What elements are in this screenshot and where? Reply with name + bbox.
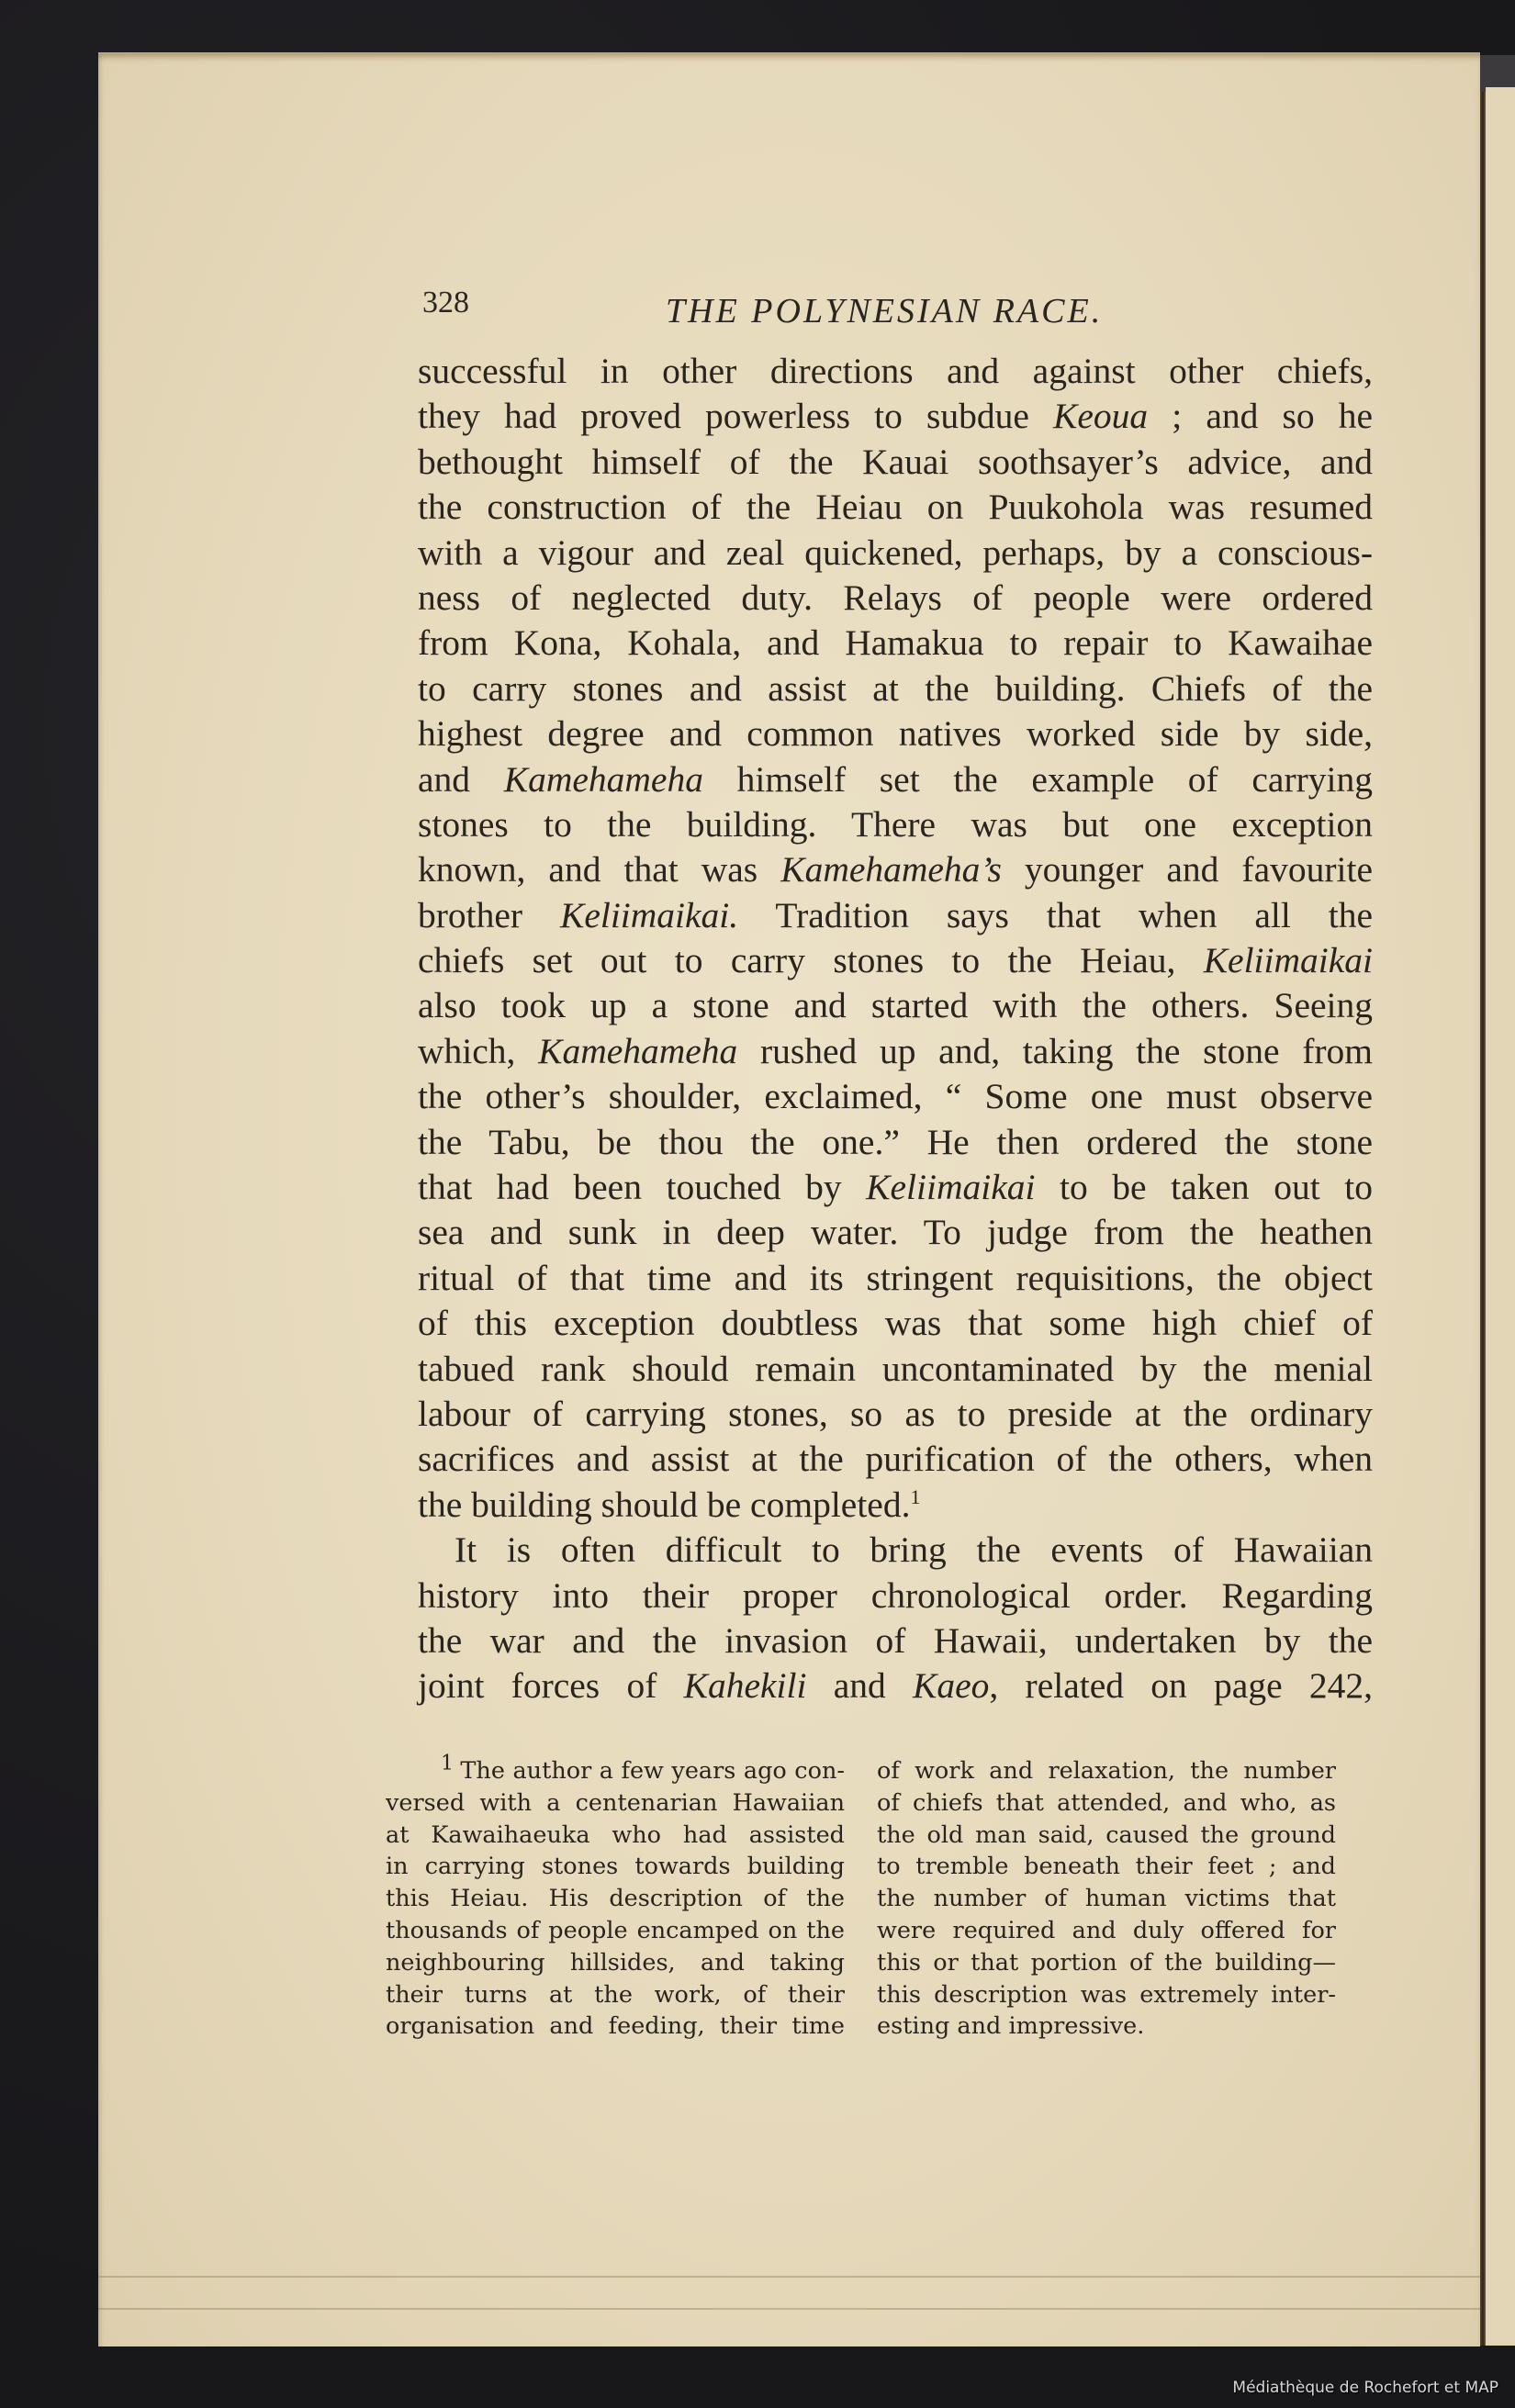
text-line: sea and sunk in deep water. To judge fro… [418, 1210, 1373, 1255]
text-line: the construction of the Heiau on Puukoho… [418, 485, 1373, 530]
footnote-line: this Heiau. His description of the [386, 1883, 845, 1915]
footnote-left-column: 1 The author a few years ago con-versed … [386, 1755, 845, 2043]
footnote-line: the old man said, caused the ground [877, 1820, 1336, 1852]
facing-page-edge [1486, 87, 1515, 2346]
text-line: chiefs set out to carry stones to the He… [418, 938, 1373, 983]
footnote-line: thousands of people encamped on the [386, 1915, 845, 1947]
footnote-line: were required and duly offered for [877, 1915, 1336, 1947]
text-line: bethought himself of the Kauai soothsaye… [418, 440, 1373, 485]
text-line: the other’s shoulder, exclaimed, “ Some … [418, 1074, 1373, 1119]
text-line: they had proved powerless to subdue Keou… [418, 394, 1373, 439]
paper-fold-line [98, 2276, 1480, 2278]
footnote-line: organisation and feeding, their time [386, 2010, 845, 2043]
footnote-line: their turns at the work, of their [386, 1979, 845, 2011]
text-line: tabued rank should remain uncontaminated… [418, 1347, 1373, 1392]
footnote-line: neighbouring hillsides, and taking [386, 1947, 845, 1979]
footnote-line: the number of human victims that [877, 1883, 1336, 1915]
text-line: ness of neglected duty. Relays of people… [418, 576, 1373, 621]
text-line: from Kona, Kohala, and Hamakua to repair… [418, 621, 1373, 666]
text-line: the war and the invasion of Hawaii, unde… [418, 1618, 1373, 1663]
italic-name: Keliimaikai [866, 1167, 1035, 1207]
footnote-line: 1 The author a few years ago con- [386, 1755, 845, 1787]
text-line: that had been touched by Keliimaikai to … [418, 1165, 1373, 1210]
paper-fold-line [98, 2308, 1480, 2310]
text-line: brother Keliimaikai. Tradition says that… [418, 893, 1373, 938]
text-line: which, Kamehameha rushed up and, taking … [418, 1029, 1373, 1074]
italic-name: Kaeo [913, 1665, 989, 1706]
text-line: successful in other directions and again… [418, 349, 1373, 394]
footnote-reference: 1 [910, 1485, 920, 1508]
footnote-line: in carrying stones towards building [386, 1851, 845, 1883]
footnote-right-column: of work and relaxation, the numberof chi… [877, 1755, 1336, 2043]
text-line: sacrifices and assist at the purificatio… [418, 1437, 1373, 1482]
text-line: the building should be completed.1 [418, 1483, 1373, 1528]
text-line: history into their proper chronological … [418, 1574, 1373, 1618]
text-line: known, and that was Kamehameha’s younger… [418, 847, 1373, 892]
text-line: of this exception doubtless was that som… [418, 1301, 1373, 1346]
text-line: highest degree and common natives worked… [418, 711, 1373, 756]
text-line: the Tabu, be thou the one.” He then orde… [418, 1120, 1373, 1165]
footnote-line: to tremble beneath their feet ; and [877, 1851, 1336, 1883]
footnote-line: esting and impressive. [877, 2010, 1336, 2043]
text-line: labour of carrying stones, so as to pres… [418, 1392, 1373, 1437]
text-line: ritual of that time and its stringent re… [418, 1256, 1373, 1301]
footnote-line: at Kawaihaeuka who had assisted [386, 1820, 845, 1852]
text-line: joint forces of Kahekili and Kaeo, relat… [418, 1663, 1373, 1708]
italic-name: Kamehameha [504, 759, 703, 800]
footnotes: 1 The author a few years ago con-versed … [386, 1755, 1377, 2058]
footnote-line: versed with a centenarian Hawaiian [386, 1787, 845, 1820]
text-line: to carry stones and assist at the buildi… [418, 666, 1373, 711]
page-number: 328 [422, 286, 469, 320]
italic-name: Keoua [1053, 396, 1148, 436]
footnote-marker: 1 [441, 1753, 460, 1775]
text-line: with a vigour and zeal quickened, perhap… [418, 531, 1373, 576]
running-head: 328 THE POLYNESIAN RACE. [418, 280, 1382, 335]
footnote-line: this description was extremely inter- [877, 1979, 1336, 2011]
italic-name: Kamehameha’s [780, 849, 1002, 890]
footnote-line: of chiefs that attended, and who, as [877, 1787, 1336, 1820]
italic-name: Keliimaikai. [560, 895, 738, 935]
page-gutter [1480, 92, 1486, 2346]
footnote-line: of work and relaxation, the number [877, 1755, 1336, 1787]
text-line: also took up a stone and started with th… [418, 983, 1373, 1028]
library-watermark: Médiathèque de Rochefort et MAP [1232, 2379, 1498, 2397]
body-text: successful in other directions and again… [418, 349, 1373, 1709]
text-line: It is often difficult to bring the event… [418, 1528, 1373, 1573]
italic-name: Kahekili [684, 1665, 807, 1706]
italic-name: Kamehameha [538, 1031, 737, 1071]
italic-name: Keliimaikai [1204, 940, 1373, 980]
footnote-line: this or that portion of the building— [877, 1947, 1336, 1979]
running-title: THE POLYNESIAN RACE. [666, 291, 1103, 331]
text-line: and Kamehameha himself set the example o… [418, 757, 1373, 802]
text-line: stones to the building. There was but on… [418, 802, 1373, 847]
